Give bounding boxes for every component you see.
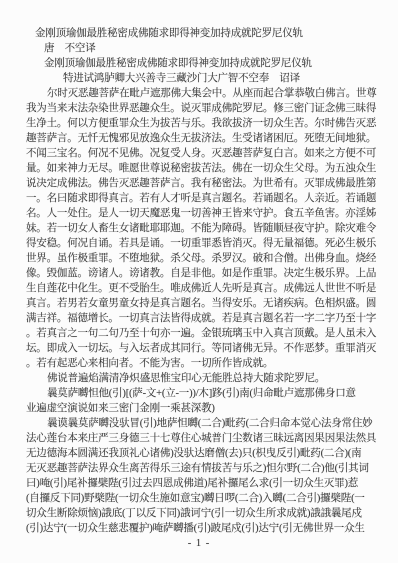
text-line: 说决定成佛法。佛告灭恶趣菩萨言。我有秘密法。为世希有。灭罪成佛最胜第 — [26, 176, 388, 191]
text-line: 业遍虚空演说如来三密门金刚一乘甚深教) — [26, 401, 388, 416]
text-line: (自攞反下同)野檗陛(一切众生施如意宝)嚩日啰(二合)入嚩(二合引)攞檗陛(一 — [26, 491, 388, 506]
text-line: 尔时灭恶趣菩萨在毗卢遮那佛大集会中。从座而起合掌恭敬白佛言。世尊 — [26, 86, 388, 101]
text-line: 。若真言之一句二句乃至十句亦一遍。金银琉璃玉中入真言顶戴。是人虽未入 — [26, 326, 388, 341]
page-number: - 1 - — [0, 536, 398, 551]
text-line: 生自莲花中化生。更不受胎生。唯成佛近人先听是真言。成佛远人世世不听是 — [26, 281, 388, 296]
text-line: 趣菩萨言。无忏无愧邪见放逸众生无拔济法。生受诸诸困厄。死堕无间地狱。 — [26, 131, 388, 146]
text-line: 我为当来末法杂染世界恶趣众生。说灭罪成佛陀罗尼。修三密门证念佛三昧得 — [26, 101, 388, 116]
text-line: 切众生断除烦恼)誐底(丁以反下同)誐诃宁(引一切众生所求成就)誐誐曩尾戍 — [26, 506, 388, 521]
text-line: 满吉祥。福德增长。一切真言法皆得成就。若是真言题名若一字二字乃至十字 — [26, 311, 388, 326]
text-line: 量。如来神力无尽。唯愿世尊说秘密拔苦法。佛在一切众生父母。为五浊众生 — [26, 161, 388, 176]
text-line: 名。人一处住。是人一切天魔恶鬼一切善神王皆来守护。食五辛鱼害。亦淫姊 — [26, 206, 388, 221]
text-line: 。若有起恶心来相向者。不能为害。一切所作皆成就。 — [26, 356, 388, 371]
text-line: 得安稳。何况自诵。若具是诵。一切重罪悉皆消灭。得无量福德。死必生极乐 — [26, 236, 388, 251]
text-line: 真言。若男若女童男童女持是真言题名。当得安乐。无诸疾病。色相炽盛。圆 — [26, 296, 388, 311]
text-line: 像。毁伽蓝。谤诸人。谤诸教。自是非他。如是作重罪。决定生极乐界。上品 — [26, 266, 388, 281]
text-line: 妹。若一切女人畜生女诸毗耶耶迦。不能为障碍。皆随顺昼夜守护。除灾难令 — [26, 221, 388, 236]
text-line: 坛。即成入一切坛。与入坛者成其同行。等同诸佛无异。不作恶梦。重罪消灭 — [26, 341, 388, 356]
text-line: 无边德海本圆满还我顶礼心诸佛)没驮达磨僧(去)只(枳曳反引)毗药(二合)(南 — [26, 446, 388, 461]
text-line: 曰)唵(引)尾补攞檗陛(引过去四恩成佛道)尾补攞尾么求(引一切众生灭罪)惹 — [26, 476, 388, 491]
text-line: 不闻三宝名。何况不见佛。况复受人身。灭恶趣菩萨复白言。如来之方便不可 — [26, 146, 388, 161]
attribution-line: 特进试鸿胪卿大兴善寺三藏沙门大广智不空奉 诏译 — [26, 71, 388, 86]
inner-title: 金刚顶瑜伽最胜秘密成佛随求即得神变加持成就陀罗尼仪轨 — [26, 56, 388, 71]
text-line: 无灭恶趣菩萨法界众生离苦得乐三途有情拔苦与乐之)怛尔野(二合)他(引其词 — [26, 461, 388, 476]
text-line: 曩莫萨嚩怛他(引)[(萨-文+(立-一))/木]跢(引)南(归命毗卢遮那佛身口意 — [26, 386, 388, 401]
page-title: 金刚顶瑜伽最胜秘密成佛随求即得神变加持成就陀罗尼仪轨 — [26, 26, 388, 41]
text-line: 法心莲台本来庄严三身德三十七尊住心城普门尘数诸三昧远离因果因果法然具 — [26, 431, 388, 446]
text-line: 世界。虽作极重罪。不堕地狱。杀父母。杀罗汉。破和合僧。出佛身血。烧经 — [26, 251, 388, 266]
text-line: 生净土。何以方便重罪众生为拔苦与乐。我欲拔济一切众生苦。尔时佛告灭恶 — [26, 116, 388, 131]
scripture-page: 金刚顶瑜伽最胜秘密成佛随求即得神变加持成就陀罗尼仪轨唐 不空译金刚顶瑜伽最胜秘密… — [0, 0, 398, 563]
text-line: 佛说普遍焰满清净炽盛思惟宝印心无能胜总持大随求陀罗尼。 — [26, 371, 388, 386]
text-line: 一。名曰随求即得真言。若有人才听是真言题名。若诵题名。人亲近。若诵题 — [26, 191, 388, 206]
text-line: (引)达宁(一切众生慈悲覆护)唵萨嚩播(引)跛尾戍(引)达宁(引无佛世界一众生 — [26, 521, 388, 536]
text-line: 曩谟曩莫萨嚩没驮冒(引)地萨怛嚩(二合)毗药(二合归命本觉心法身常住妙 — [26, 416, 388, 431]
translator-line: 唐 不空译 — [26, 41, 388, 56]
document-body: 金刚顶瑜伽最胜秘密成佛随求即得神变加持成就陀罗尼仪轨唐 不空译金刚顶瑜伽最胜秘密… — [0, 0, 398, 536]
